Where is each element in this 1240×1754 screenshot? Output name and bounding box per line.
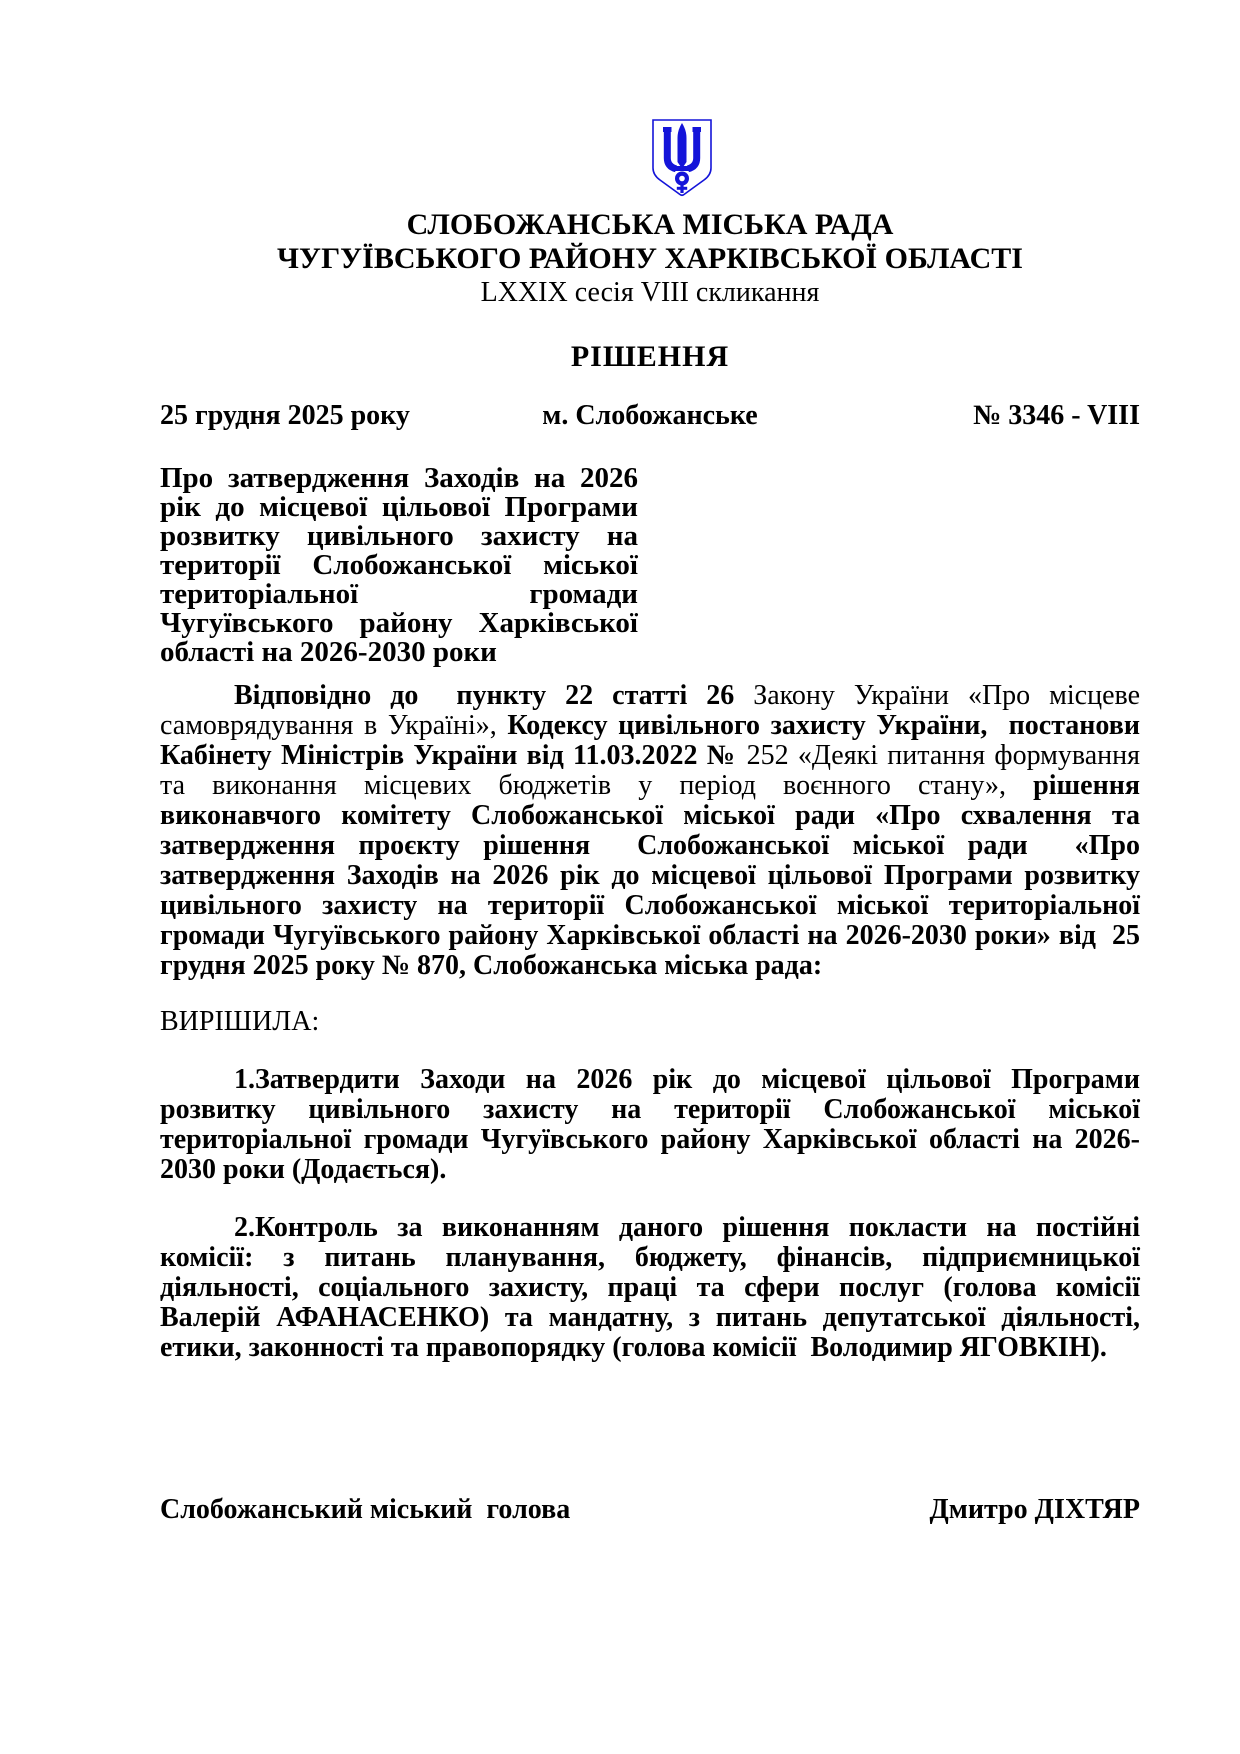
decision-place: м. Слобожанське	[487, 400, 814, 432]
preamble-paragraph: Відповідно до пункту 22 статті 26 Закону…	[160, 681, 1140, 981]
decision-subject: Про затвердження Заходів на 2026 рік до …	[160, 464, 638, 667]
decision-item-2: 2.Контроль за виконанням даного рішення …	[160, 1213, 1140, 1363]
meta-row: 25 грудня 2025 року м. Слобожанське № 33…	[160, 400, 1140, 432]
session-line: LXXIX сесія VIII скликання	[160, 276, 1140, 310]
decision-item-1: 1.Затвердити Заходи на 2026 рік до місце…	[160, 1065, 1140, 1185]
preamble-segment: рішення виконавчого комітету Слобожанськ…	[160, 770, 1154, 981]
ukraine-trident-icon	[650, 118, 714, 198]
resolved-label: ВИРІШИЛА:	[160, 1007, 1140, 1037]
signatory-position: Слобожанський міський голова	[160, 1495, 570, 1525]
decision-document-page: СЛОБОЖАНСЬКА МІСЬКА РАДА ЧУГУЇВСЬКОГО РА…	[0, 0, 1240, 1754]
decision-number: № 3346 - VIII	[813, 400, 1140, 432]
coat-of-arms-emblem	[192, 118, 1172, 198]
org-name-line1: СЛОБОЖАНСЬКА МІСЬКА РАДА	[160, 208, 1140, 242]
preamble-segment: Відповідно до пункту 22 статті 26	[234, 680, 753, 711]
decision-date: 25 грудня 2025 року	[160, 400, 487, 432]
org-name-line2: ЧУГУЇВСЬКОГО РАЙОНУ ХАРКІВСЬКОЇ ОБЛАСТІ	[160, 242, 1140, 276]
signature-row: Слобожанський міський голова Дмитро ДІХТ…	[160, 1495, 1140, 1525]
document-type-title: РІШЕННЯ	[160, 340, 1140, 374]
signatory-name: Дмитро ДІХТЯР	[930, 1495, 1140, 1525]
